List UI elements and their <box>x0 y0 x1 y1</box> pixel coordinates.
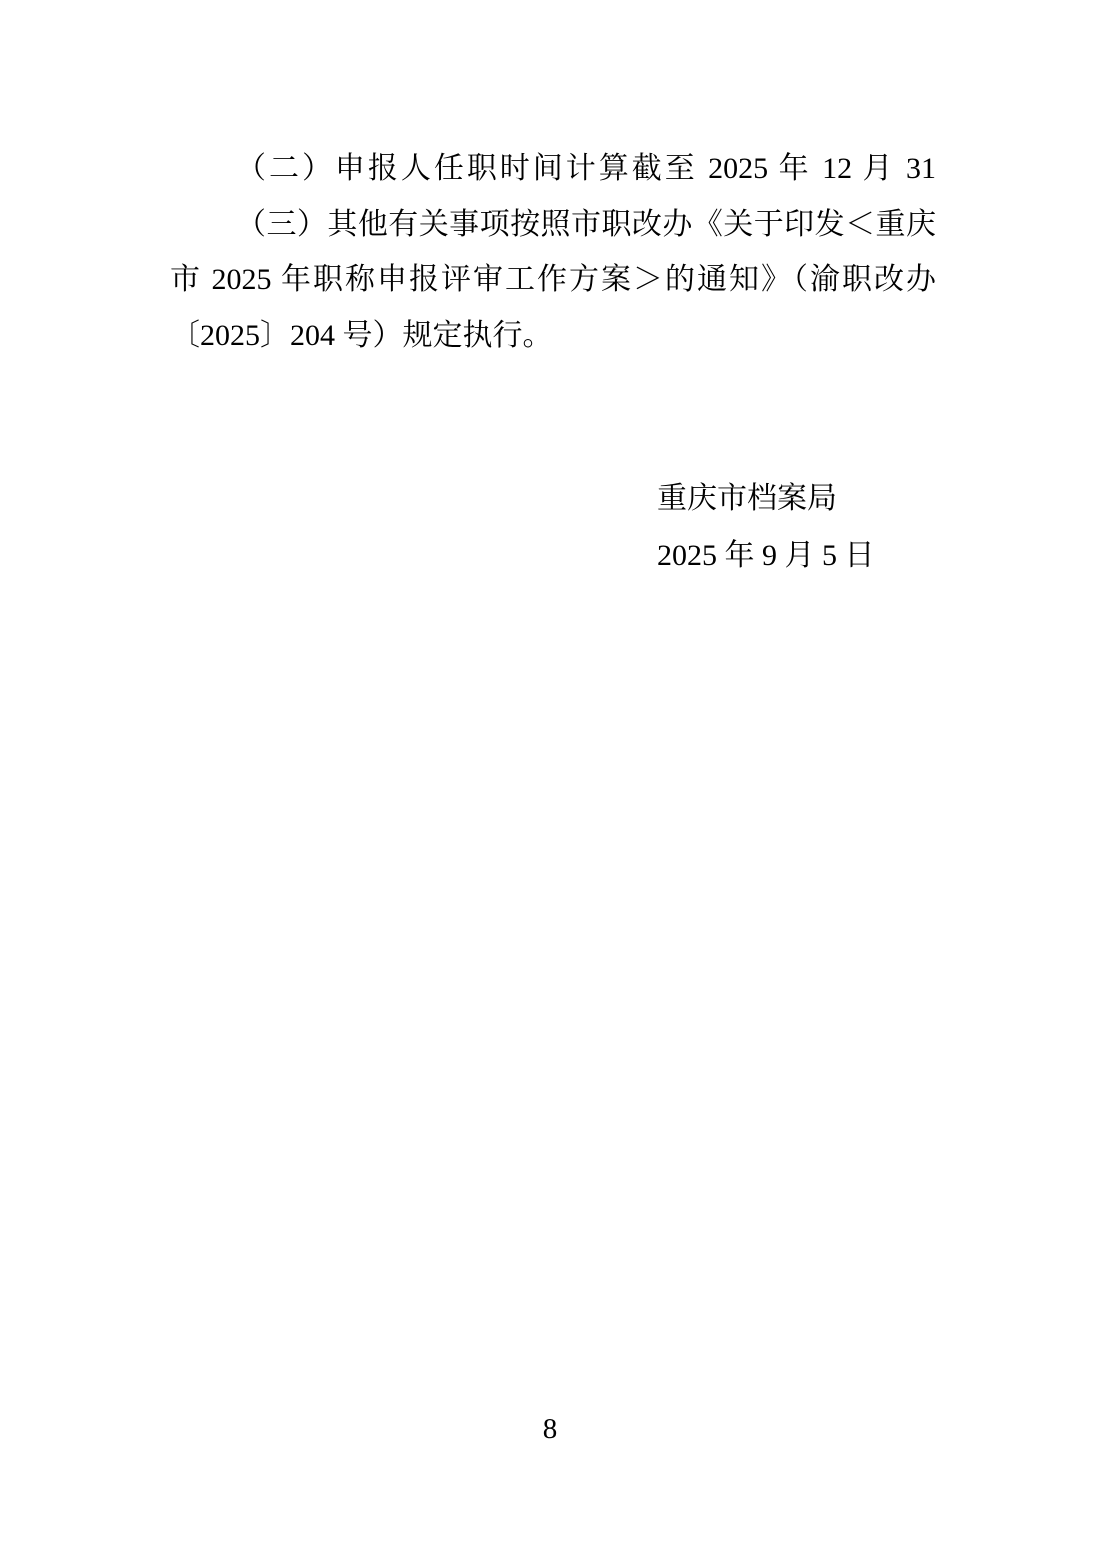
signature-date: 2025 年 9 月 5 日 <box>657 527 875 584</box>
signature-block: 重庆市档案局 2025 年 9 月 5 日 <box>657 470 875 584</box>
signature-organization: 重庆市档案局 <box>657 470 875 527</box>
paragraph-line-3: 市 2025 年职称申报评审工作方案＞的通知》（渝职改办 <box>170 252 936 308</box>
body-text-block: （二）申报人任职时间计算截至 2025 年 12 月 31 日。 （三）其他有关… <box>170 141 936 363</box>
paragraph-line-4: 〔2025〕204 号）规定执行。 <box>170 308 936 364</box>
paragraph-line-2: （三）其他有关事项按照市职改办《关于印发＜重庆 <box>170 197 936 253</box>
page-number: 8 <box>0 1412 1100 1446</box>
document-page: （二）申报人任职时间计算截至 2025 年 12 月 31 日。 （三）其他有关… <box>0 0 1100 1555</box>
paragraph-line-1: （二）申报人任职时间计算截至 2025 年 12 月 31 日。 <box>170 141 936 197</box>
